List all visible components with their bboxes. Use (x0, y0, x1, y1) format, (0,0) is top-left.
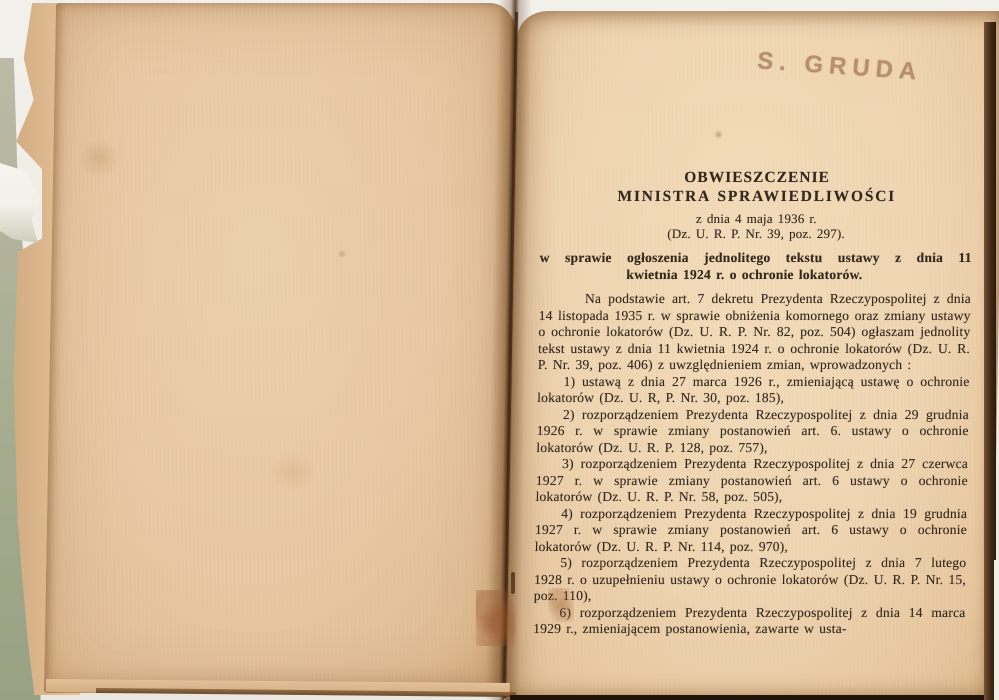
torn-paper-notch (0, 163, 42, 243)
gutter-stain (476, 590, 516, 646)
subject-line-1: w sprawie ogłoszenia jednolitego tekstu … (540, 250, 972, 267)
amendment-item-1: 1) ustawą z dnia 27 marca 1926 r., zmien… (537, 374, 970, 407)
document-title-line1: OBWIESZCZENIE (541, 169, 973, 187)
left-page-blank (44, 3, 516, 693)
book-photo: S. GRUDA OBWIESZCZENIE MINISTRA SPRAWIED… (0, 0, 999, 700)
amendment-item-6: 6) rozporządzeniem Prezydenta Rzeczyposp… (533, 605, 966, 638)
owner-stamp: S. GRUDA (756, 47, 923, 86)
right-page-bottom-shadow (510, 695, 999, 700)
amendment-item-4: 4) rozporządzeniem Prezydenta Rzeczyposp… (535, 506, 968, 556)
right-page: S. GRUDA OBWIESZCZENIE MINISTRA SPRAWIED… (506, 11, 999, 700)
document-text: OBWIESZCZENIE MINISTRA SPRAWIEDLIWOŚCI z… (533, 169, 973, 638)
amendment-item-3: 3) rozporządzeniem Prezydenta Rzeczyposp… (535, 456, 968, 506)
amendment-item-5: 5) rozporządzeniem Prezydenta Rzeczyposp… (534, 555, 967, 605)
document-title-line2: MINISTRA SPRAWIEDLIWOŚCI (541, 187, 973, 207)
amendment-item-2: 2) rozporządzeniem Prezydenta Rzeczyposp… (536, 407, 969, 457)
document-reference-line: (Dz. U. R. P. Nr. 39, poz. 297). (540, 227, 972, 242)
scan-background-sliver (994, 560, 999, 700)
intro-paragraph: Na podstawie art. 7 dekretu Prezydenta R… (538, 291, 971, 374)
document-subject: w sprawie ogłoszenia jednolitego tekstu … (539, 250, 972, 283)
subject-line-2: kwietnia 1924 r. o ochronie lokatorów. (539, 267, 971, 284)
document-date-line: z dnia 4 maja 1936 r. (540, 212, 972, 227)
